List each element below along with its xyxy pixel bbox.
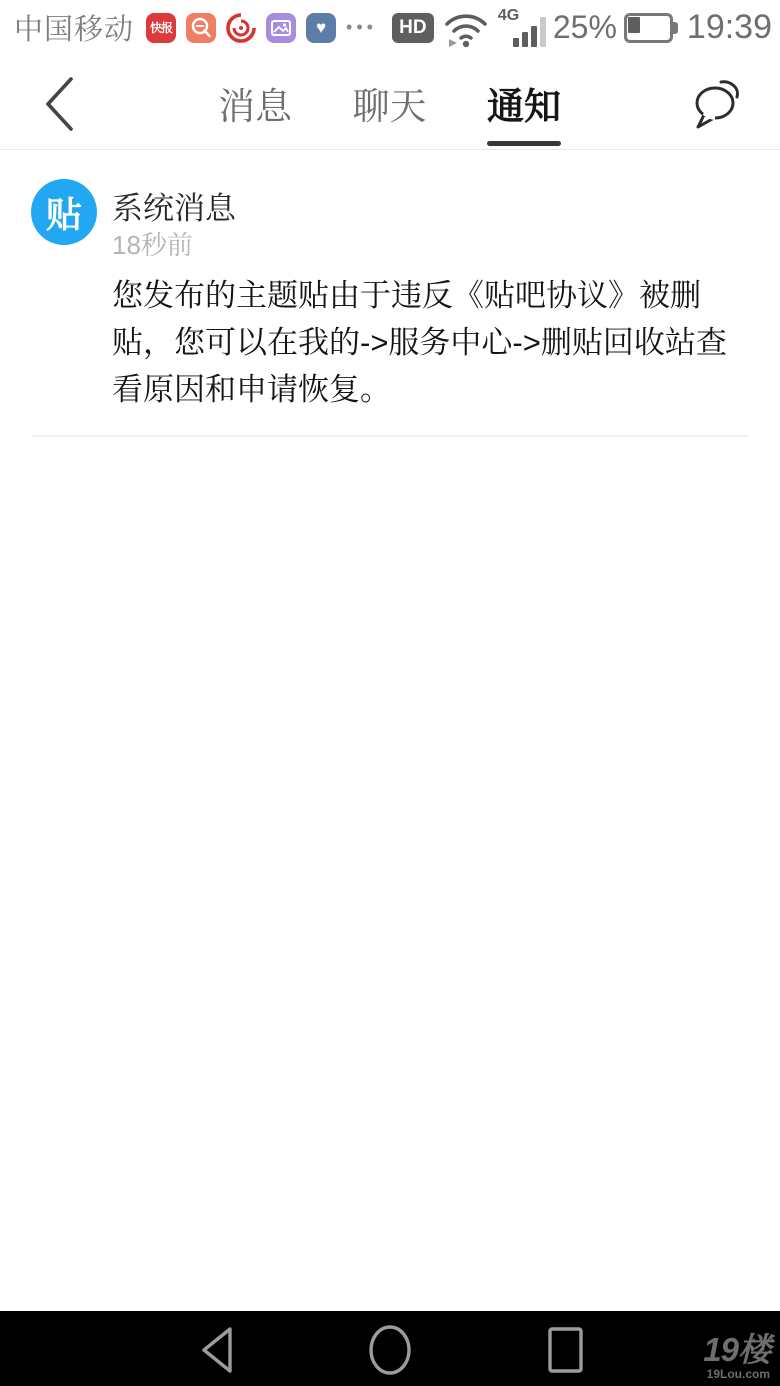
header: 消息 聊天 通知 [0, 55, 780, 150]
tab-notifications[interactable]: 通知 [487, 55, 561, 150]
chevron-left-icon [48, 79, 71, 129]
nav-home-button[interactable] [366, 1325, 414, 1375]
notification-app-icons: 快报 [146, 13, 336, 43]
back-button[interactable] [38, 73, 82, 135]
news-app-icon [186, 13, 216, 43]
nav-back-button[interactable] [196, 1325, 244, 1375]
phone-screen: 中国移动 快报 [0, 0, 780, 1386]
notification-title: 系统消息 [112, 183, 236, 228]
triangle-back-icon [204, 1329, 230, 1371]
status-bar: 中国移动 快报 [0, 0, 780, 55]
system-message-item[interactable]: 贴 系统消息 18秒前 您发布的主题贴由于违反《贴吧协议》被删贴，您可以在我的-… [0, 151, 780, 435]
data-arrow-icon [449, 39, 457, 47]
cell-signal: 4G [498, 7, 546, 49]
watermark-title: 19楼 [703, 1333, 770, 1366]
battery-percent-label: 25% [553, 9, 617, 46]
site-watermark: 19楼 19Lou.com [703, 1333, 770, 1380]
kuaibao-app-icon: 快报 [146, 13, 176, 43]
tab-messages[interactable]: 消息 [218, 55, 292, 150]
tab-bar: 消息 聊天 通知 [218, 55, 561, 150]
radar-icon [186, 13, 216, 43]
watermark-subtitle: 19Lou.com [703, 1368, 770, 1380]
nav-recents-button[interactable] [541, 1325, 589, 1375]
tab-underline [487, 141, 561, 146]
divider [32, 435, 748, 437]
heart-icon: ♥ [316, 19, 326, 36]
more-notifications-icon: ••• [346, 17, 377, 38]
square-recents-icon [550, 1329, 581, 1371]
phoenix-news-app-icon [226, 13, 256, 43]
notification-list: 贴 系统消息 18秒前 您发布的主题贴由于违反《贴吧协议》被删贴，您可以在我的-… [0, 151, 780, 435]
signal-bars-icon [513, 17, 546, 47]
hd-voice-icon: HD [392, 13, 434, 43]
android-nav-bar: 19楼 19Lou.com [0, 1311, 780, 1386]
new-chat-button[interactable] [692, 75, 744, 133]
picture-icon [266, 13, 296, 43]
clock-label: 19:39 [687, 8, 772, 47]
gallery-app-icon [266, 13, 296, 43]
tab-chat[interactable]: 聊天 [353, 55, 427, 150]
heart-app-icon: ♥ [306, 13, 336, 43]
tieba-logo-avatar[interactable]: 贴 [31, 179, 97, 245]
status-bar-right: HD 4G 25% 19:39 [392, 7, 772, 49]
notification-message: 您发布的主题贴由于违反《贴吧协议》被删贴，您可以在我的->服务中心->删贴回收站… [112, 272, 752, 413]
circle-home-icon [371, 1327, 409, 1373]
battery-icon [624, 13, 680, 43]
wifi-icon [441, 7, 491, 49]
notification-timestamp: 18秒前 [112, 225, 193, 262]
tieba-logo-glyph: 贴 [46, 187, 82, 238]
phoenix-swirl-icon [226, 13, 256, 43]
carrier-label: 中国移动 [14, 7, 134, 48]
